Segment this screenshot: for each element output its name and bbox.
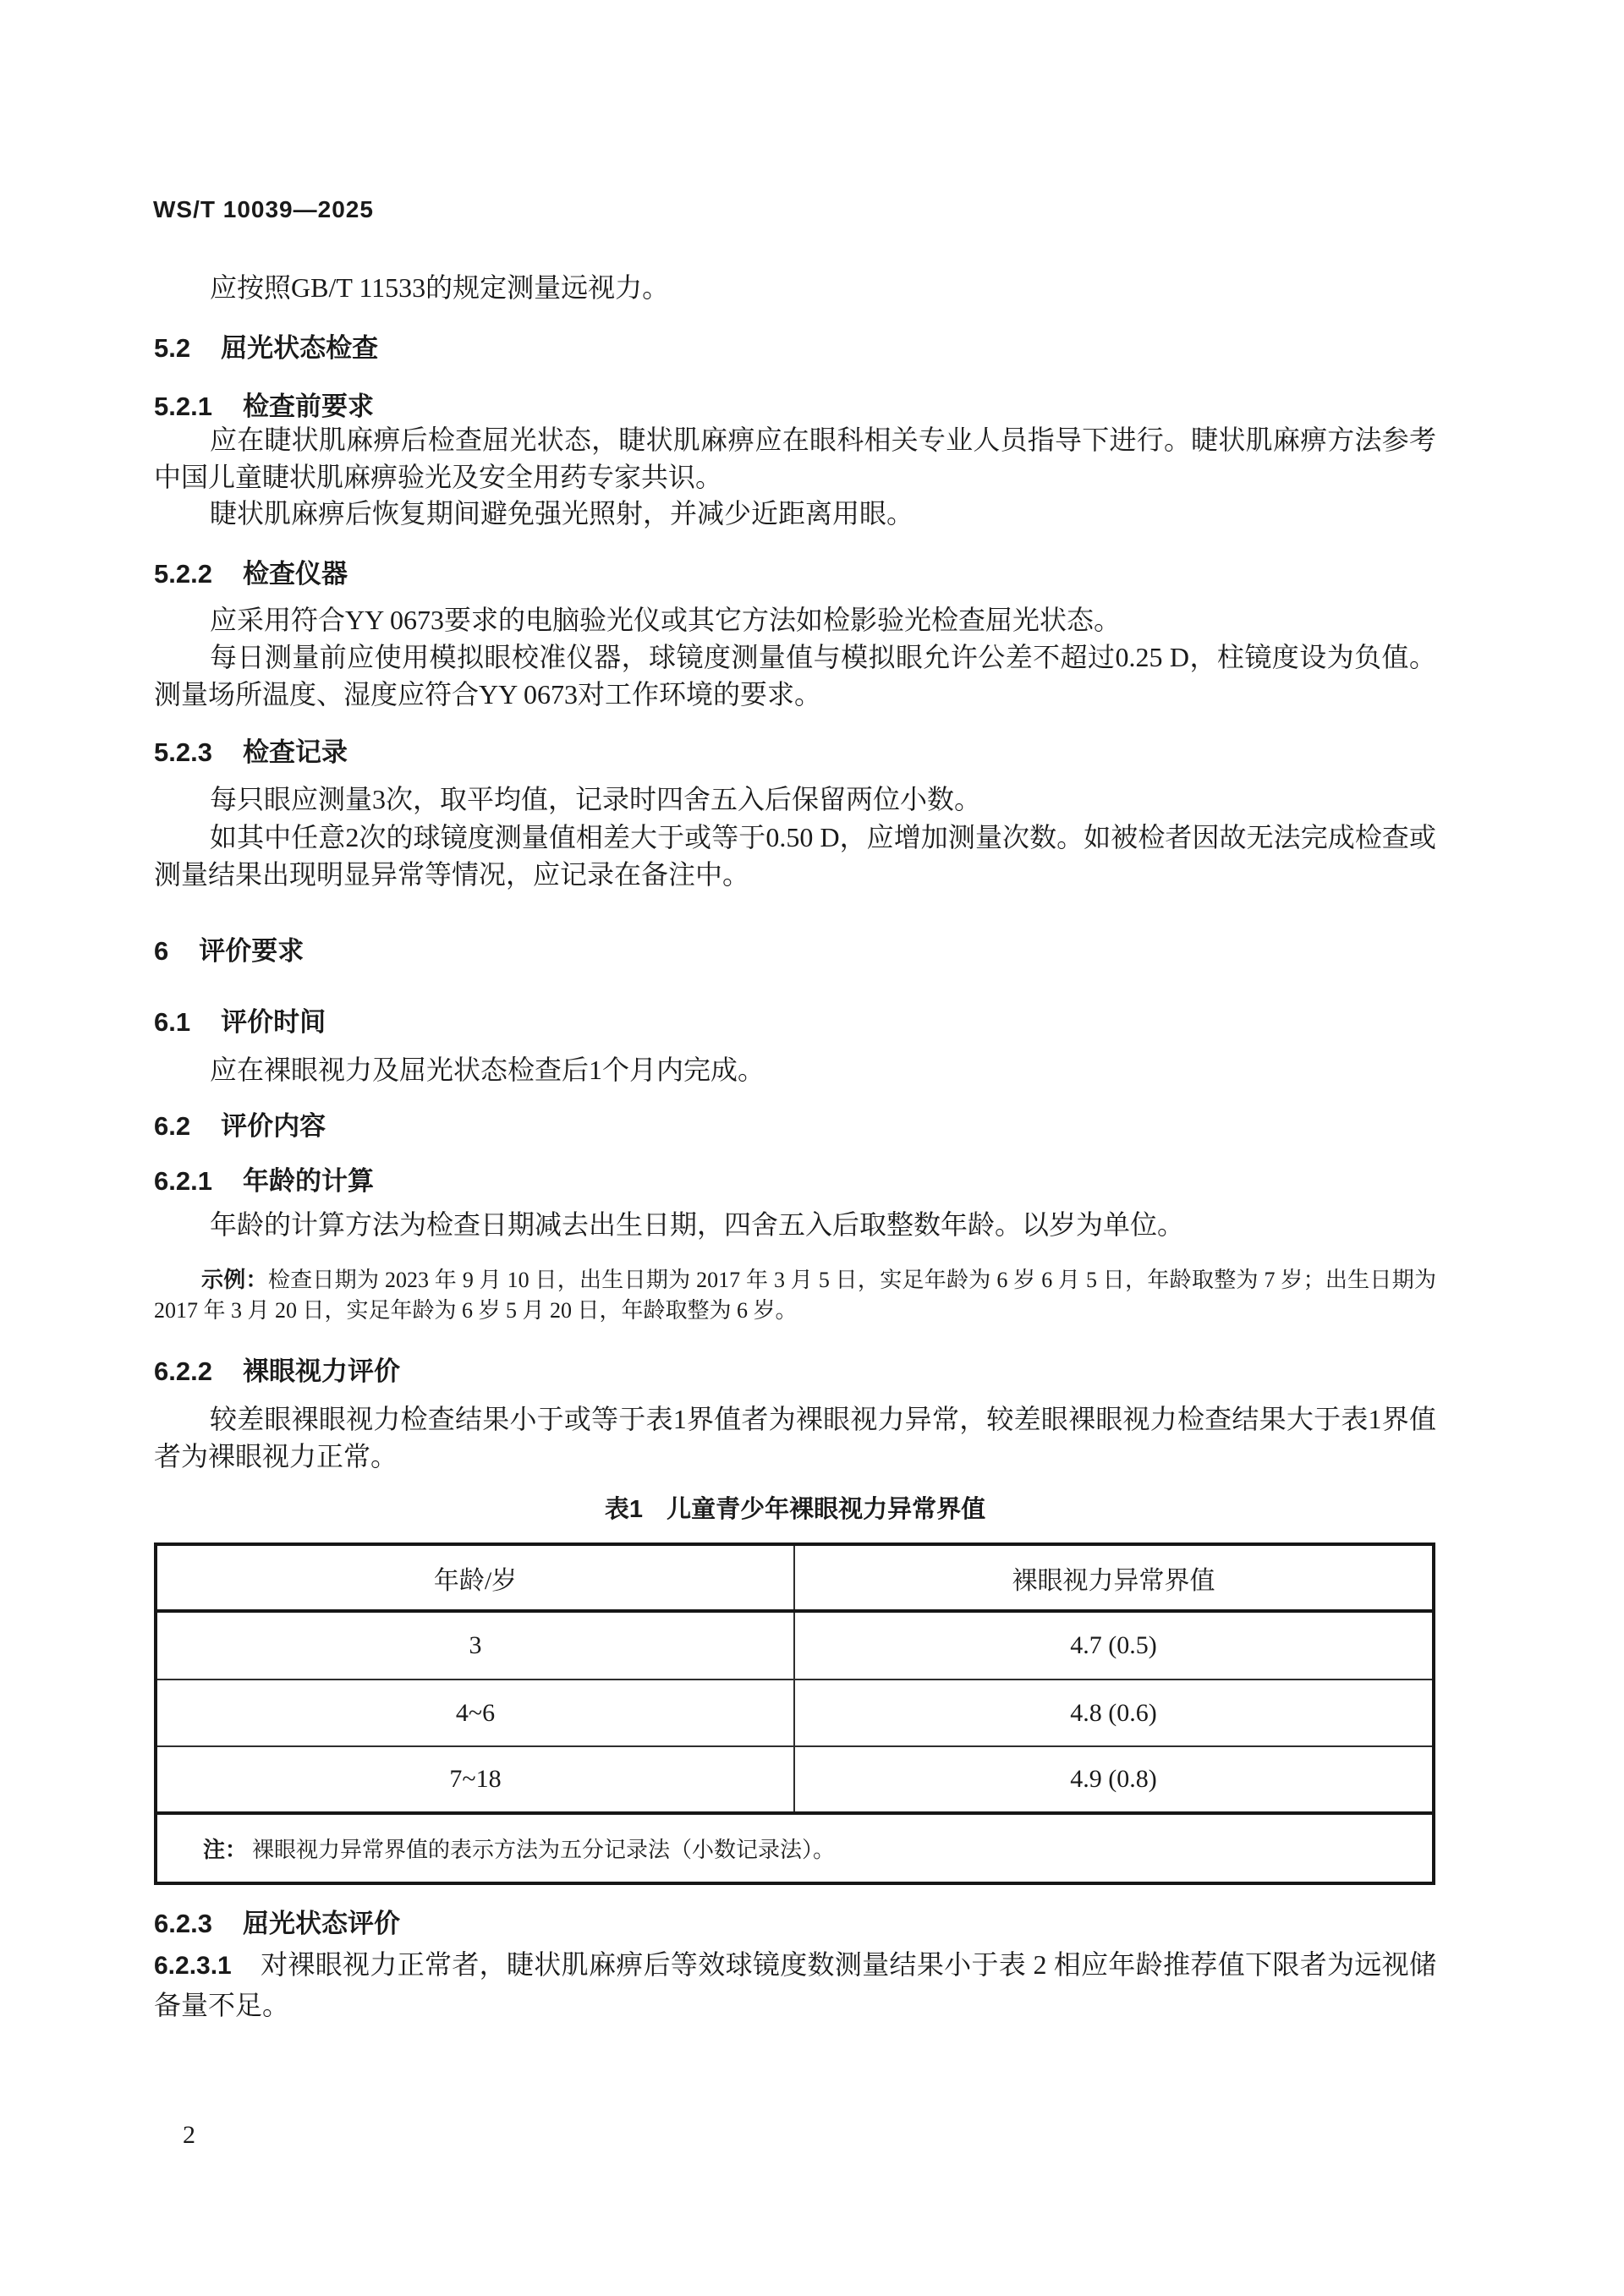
table-cell-age: 3: [157, 1613, 795, 1679]
clause-title: 检查前要求: [243, 392, 374, 421]
table-row: 3 4.7 (0.5): [157, 1613, 1432, 1680]
paragraph-instrument-1: 应采用符合YY 0673要求的电脑验光仪或其它方法如检影验光检查屈光状态。: [154, 601, 1436, 638]
clause-number: 5.2.1: [154, 392, 212, 422]
clause-number: 6: [154, 936, 168, 967]
refraction-clause-text: 对裸眼视力正常者，睫状肌麻痹后等效球镜度数测量结果小于表 2 相应年龄推荐值下限…: [154, 1949, 1436, 2020]
paragraph-age-calc: 年龄的计算方法为检查日期减去出生日期，四舍五入后取整数年龄。以岁为单位。: [154, 1206, 1436, 1243]
clause-number: 6.2.3: [154, 1909, 212, 1939]
page-number: 2: [183, 2121, 195, 2150]
table-row: 7~18 4.9 (0.8): [157, 1747, 1432, 1815]
heading-6-2: 6.2评价内容: [154, 1104, 326, 1143]
clause-number: 5.2.3: [154, 737, 212, 768]
table-note-label: 注：: [203, 1833, 247, 1864]
table-header-age: 年龄/岁: [157, 1546, 795, 1609]
table-note: 注：裸眼视力异常界值的表示方法为五分记录法（小数记录法）。: [157, 1815, 1432, 1882]
clause-number: 6.2.1: [154, 1166, 212, 1197]
example-label: 示例：: [201, 1268, 268, 1292]
table-header-row: 年龄/岁 裸眼视力异常界值: [157, 1546, 1432, 1613]
clause-title: 检查记录: [243, 737, 348, 767]
heading-6-1: 6.1评价时间: [154, 1000, 326, 1038]
clause-title: 评价内容: [221, 1111, 326, 1141]
table-1-caption: 表1儿童青少年裸眼视力异常界值: [154, 1490, 1436, 1525]
heading-5-2-1: 5.2.1检查前要求: [154, 385, 374, 423]
clause-title: 检查仪器: [243, 559, 348, 589]
clause-title: 屈光状态评价: [243, 1909, 400, 1938]
clause-number: 6.2: [154, 1111, 190, 1142]
paragraph-cycloplegia-2: 睫状肌麻痹后恢复期间避免强光照射，并减少近距离用眼。: [154, 495, 1436, 532]
clause-title: 评价时间: [221, 1007, 326, 1037]
paragraph-record-2: 如其中任意2次的球镜度测量值相差大于或等于0.50 D，应增加测量次数。如被检者…: [154, 819, 1436, 893]
heading-6-2-2: 6.2.2裸眼视力评价: [154, 1350, 400, 1388]
clause-title: 屈光状态检查: [221, 333, 378, 363]
table-caption-label: 表1: [605, 1496, 643, 1523]
clause-title: 年龄的计算: [243, 1166, 374, 1196]
paragraph-measure-va: 应按照GB/T 11533的规定测量远视力。: [154, 269, 1436, 306]
paragraph-cycloplegia-1: 应在睫状肌麻痹后检查屈光状态，睫状肌麻痹应在眼科相关专业人员指导下进行。睫状肌麻…: [154, 421, 1436, 496]
paragraph-record-1: 每只眼应测量3次，取平均值，记录时四舍五入后保留两位小数。: [154, 781, 1436, 818]
table-cell-age: 7~18: [157, 1747, 795, 1811]
example-text: 检查日期为 2023 年 9 月 10 日，出生日期为 2017 年 3 月 5…: [154, 1268, 1436, 1323]
table-cell-cutoff: 4.8 (0.6): [795, 1680, 1432, 1745]
heading-5-2-2: 5.2.2检查仪器: [154, 552, 348, 590]
table-note-text: 裸眼视力异常界值的表示方法为五分记录法（小数记录法）。: [252, 1833, 835, 1864]
paragraph-va-eval: 较差眼裸眼视力检查结果小于或等于表1界值者为裸眼视力异常，较差眼裸眼视力检查结果…: [154, 1400, 1436, 1475]
clause-title: 裸眼视力评价: [243, 1356, 400, 1386]
paragraph-instrument-2: 每日测量前应使用模拟眼校准仪器，球镜度测量值与模拟眼允许公差不超过0.25 D，…: [154, 638, 1436, 713]
heading-6-2-3: 6.2.3屈光状态评价: [154, 1902, 400, 1940]
heading-5-2-3: 5.2.3检查记录: [154, 731, 348, 769]
paragraph-example: 示例：检查日期为 2023 年 9 月 10 日，出生日期为 2017 年 3 …: [154, 1265, 1436, 1326]
clause-number: 6.1: [154, 1007, 190, 1038]
table-caption-title: 儿童青少年裸眼视力异常界值: [667, 1496, 985, 1523]
clause-number: 6.2.2: [154, 1356, 212, 1387]
clause-number: 5.2: [154, 333, 190, 364]
table-cell-cutoff: 4.9 (0.8): [795, 1747, 1432, 1811]
heading-6-2-1: 6.2.1年龄的计算: [154, 1159, 374, 1197]
table-1: 年龄/岁 裸眼视力异常界值 3 4.7 (0.5) 4~6 4.8 (0.6) …: [154, 1543, 1435, 1885]
document-page: WS/T 10039—2025 应按照GB/T 11533的规定测量远视力。 5…: [0, 0, 1624, 2296]
clause-title: 评价要求: [199, 936, 304, 966]
heading-5-2: 5.2屈光状态检查: [154, 326, 378, 364]
table-header-cutoff: 裸眼视力异常界值: [795, 1546, 1432, 1609]
table-cell-age: 4~6: [157, 1680, 795, 1745]
doc-number: WS/T 10039—2025: [153, 196, 374, 223]
heading-6: 6评价要求: [154, 929, 304, 967]
paragraph-refraction-clause: 6.2.3.1对裸眼视力正常者，睫状肌麻痹后等效球镜度数测量结果小于表 2 相应…: [154, 1945, 1436, 2025]
clause-number: 5.2.2: [154, 559, 212, 589]
table-cell-cutoff: 4.7 (0.5): [795, 1613, 1432, 1679]
clause-number-inline: 6.2.3.1: [154, 1952, 232, 1980]
paragraph-eval-time: 应在裸眼视力及屈光状态检查后1个月内完成。: [154, 1051, 1436, 1088]
table-row: 4~6 4.8 (0.6): [157, 1680, 1432, 1747]
